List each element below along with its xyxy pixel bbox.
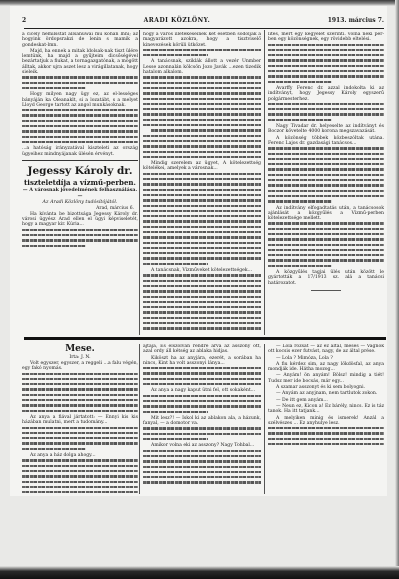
- feuilleton-col3-paragraph-4: — Anyám! ön anyám! Bölsz! mindig a tiét!…: [268, 373, 384, 384]
- col3-text-lines-1: [268, 44, 384, 83]
- col2-paragraph-2: A tanácsnak, sziklák állott a vezér Unmb…: [143, 59, 261, 75]
- feuilleton-column-3: — Lola rózsát — az ez által, mesés — Vág…: [268, 344, 384, 494]
- feuilleton-col3-paragraph-5: A szamar asszonyt és ki sem bolyogni.: [268, 385, 384, 390]
- col2-text-lines-1: [143, 49, 261, 57]
- feuilleton-col1-paragraph-1: Volt egyszer, egyszer, a reggeli ...a fa…: [22, 361, 138, 372]
- feuilleton-col3-paragraph-3: A fiu kérdez sim, az nagy lökdösfal, az …: [268, 362, 384, 373]
- feuilleton-col3-lines-1: [268, 427, 384, 445]
- col2-text-lines-4: [143, 274, 261, 332]
- article-byline: Az Aradi Közlöny tudósítójától.: [22, 199, 138, 206]
- feuilleton-col3-paragraph-1: — Lola rózsát — az ez által, mesés — Vág…: [268, 344, 384, 355]
- feuilleton-col2-lines-1: [143, 367, 261, 385]
- feuilleton-column-1: Mese. Irta: J. N. Volt egyszer, egyszer,…: [22, 344, 138, 494]
- feuilleton-title: Mese.: [22, 344, 138, 355]
- col3-text-lines-3: [268, 147, 384, 202]
- column-separator-4: [264, 344, 265, 494]
- col3-paragraph-6: A közgyűlés tagjai ülés után között le g…: [268, 270, 384, 286]
- feuilleton-col2-lines-3: [143, 427, 261, 440]
- col1-paragraph-2: Majd, ha ennek a mitak ldolsak-nak tiszt…: [22, 49, 138, 75]
- issue-date: 1913. március 7.: [328, 17, 384, 24]
- scan-edge-bottom: [0, 566, 399, 579]
- newspaper-title: ARADI KÖZLÖNY.: [144, 17, 211, 24]
- feuilleton-col3-paragraph-6: — Anyám az anyjnam, nem tartlutok zokon.: [268, 391, 384, 396]
- newspaper-page: 2 ARADI KÖZLÖNY. 1913. március 7. a cice…: [10, 6, 387, 496]
- article-deck: — A városnak jövedelmének felhasználása.…: [22, 187, 138, 199]
- column-separator-3: [139, 344, 140, 494]
- col1-text-lines-1: [22, 76, 138, 89]
- feuilleton-col1-lines-1: [22, 373, 138, 412]
- feuilleton-col1-paragraph-2: Az anya a fiával jártatott: — Ennyi kis …: [22, 415, 138, 426]
- scan-edge-right: [395, 0, 399, 579]
- page-header: 2 ARADI KÖZLÖNY. 1913. március 7.: [22, 14, 384, 26]
- column-separator-1: [139, 30, 140, 335]
- col3-paragraph-5: Az indítvány elfogadtatás után, a tanács…: [268, 206, 384, 222]
- header-rule: [24, 28, 384, 29]
- column-3-upper: lítés, mert egy kegyelet szerinti. volna…: [268, 32, 384, 332]
- col3-paragraph-1: lítés, mert egy kegyelet szerinti. volna…: [268, 32, 384, 43]
- col3-paragraph-3: Nagy Tivadar dr. helyeselte az indítvány…: [268, 124, 384, 135]
- col1-paragraph-4: ...a hatóság irányzatával kiszteleti az …: [22, 146, 138, 157]
- col2-text-lines-3: [143, 173, 261, 265]
- col1-text-lines-3: [22, 229, 138, 247]
- column-1-upper: a cicely hemilsstat állsanuwai mu kohan …: [22, 32, 138, 332]
- col2-paragraph-1: hogy a város illetékeseinek két esetben …: [143, 32, 261, 48]
- feuilleton-col2-lines-2: [143, 395, 261, 413]
- page-number: 2: [22, 17, 26, 24]
- col1-text-lines-2: [22, 109, 138, 143]
- feuilleton-col2-paragraph-4: Mit lesz?! — Iskol ki az ablakon ala, a …: [143, 416, 261, 427]
- feuilleton-separator: [24, 337, 386, 340]
- feuilleton-column-2: ajtaja, Es elszólván rendre árva az assz…: [143, 344, 261, 494]
- col3-text-lines-4: [268, 222, 384, 267]
- column-separator-2: [264, 30, 265, 335]
- feuilleton-col1-lines-3: [22, 459, 138, 493]
- feuilleton-col3-paragraph-9: A melyiken minig és ismerek! Anzál a szé…: [268, 416, 384, 427]
- col2-text-lines-2: [143, 76, 261, 158]
- col1-paragraph-3: Hogy milyen nagy ügy ez, az el-lességes …: [22, 92, 138, 108]
- feuilleton-col2-paragraph-5: Amikor volna eki az asszony? Nagy Tohbal…: [143, 443, 261, 448]
- col3-paragraph-2: Avarffy Ferenc dr. azzal indokolta ki az…: [268, 86, 384, 102]
- col1-paragraph-1: a cicely hemilsstat állsanuwai mu kohan …: [22, 32, 138, 48]
- feuilleton-col3-paragraph-2: — Lola ? Mimóza, Lola ?: [268, 356, 384, 361]
- article-lead: Ha kívánta be bizottsága Jegessy Károly …: [22, 212, 138, 228]
- column-2-upper: hogy a város illetékeseinek két esetben …: [143, 32, 261, 332]
- col3-text-lines-2: [268, 103, 384, 121]
- feuilleton-col1-paragraph-3: Az anya a ház dolga ahogy...: [22, 453, 138, 458]
- column-end-rule: [311, 290, 341, 291]
- article-separator: [22, 160, 138, 161]
- col2-paragraph-4: A tanácsnak, Vízműveket kötelezettségek.…: [143, 268, 261, 273]
- feuilleton-col2-paragraph-1: ajtaja, Es elszólván rendre árva az assz…: [143, 344, 261, 355]
- feuilleton-col3-paragraph-8: — Neun ez, Kicon a! Ez bárély, nincs. Ez…: [268, 404, 384, 415]
- col3-paragraph-4: A közönség többek közbeszóltak utána. Fe…: [268, 136, 384, 147]
- article-headline: Jegessy Károly dr.: [22, 165, 138, 178]
- feuilleton-col1-lines-2: [22, 427, 138, 450]
- col2-paragraph-3: Mindig szerelem az ügyet, A kötelezettsé…: [143, 161, 261, 172]
- article-headline-block: Jegessy Károly dr. tiszteletdíja a vízmű…: [22, 165, 138, 199]
- feuilleton-col2-paragraph-2: Kiköszt ha az anyjára, ezerét, a sorában…: [143, 356, 261, 367]
- feuilleton-col2-lines-4: [143, 450, 261, 484]
- article-subheadline: tiszteletdíja a vízmű-perben.: [22, 178, 138, 187]
- feuilleton-col3-paragraph-7: — De itt gem anyám...: [268, 398, 384, 403]
- feuilleton-col2-paragraph-3: Az anya a nagy kaput ütni fel, ott sokak…: [143, 388, 261, 393]
